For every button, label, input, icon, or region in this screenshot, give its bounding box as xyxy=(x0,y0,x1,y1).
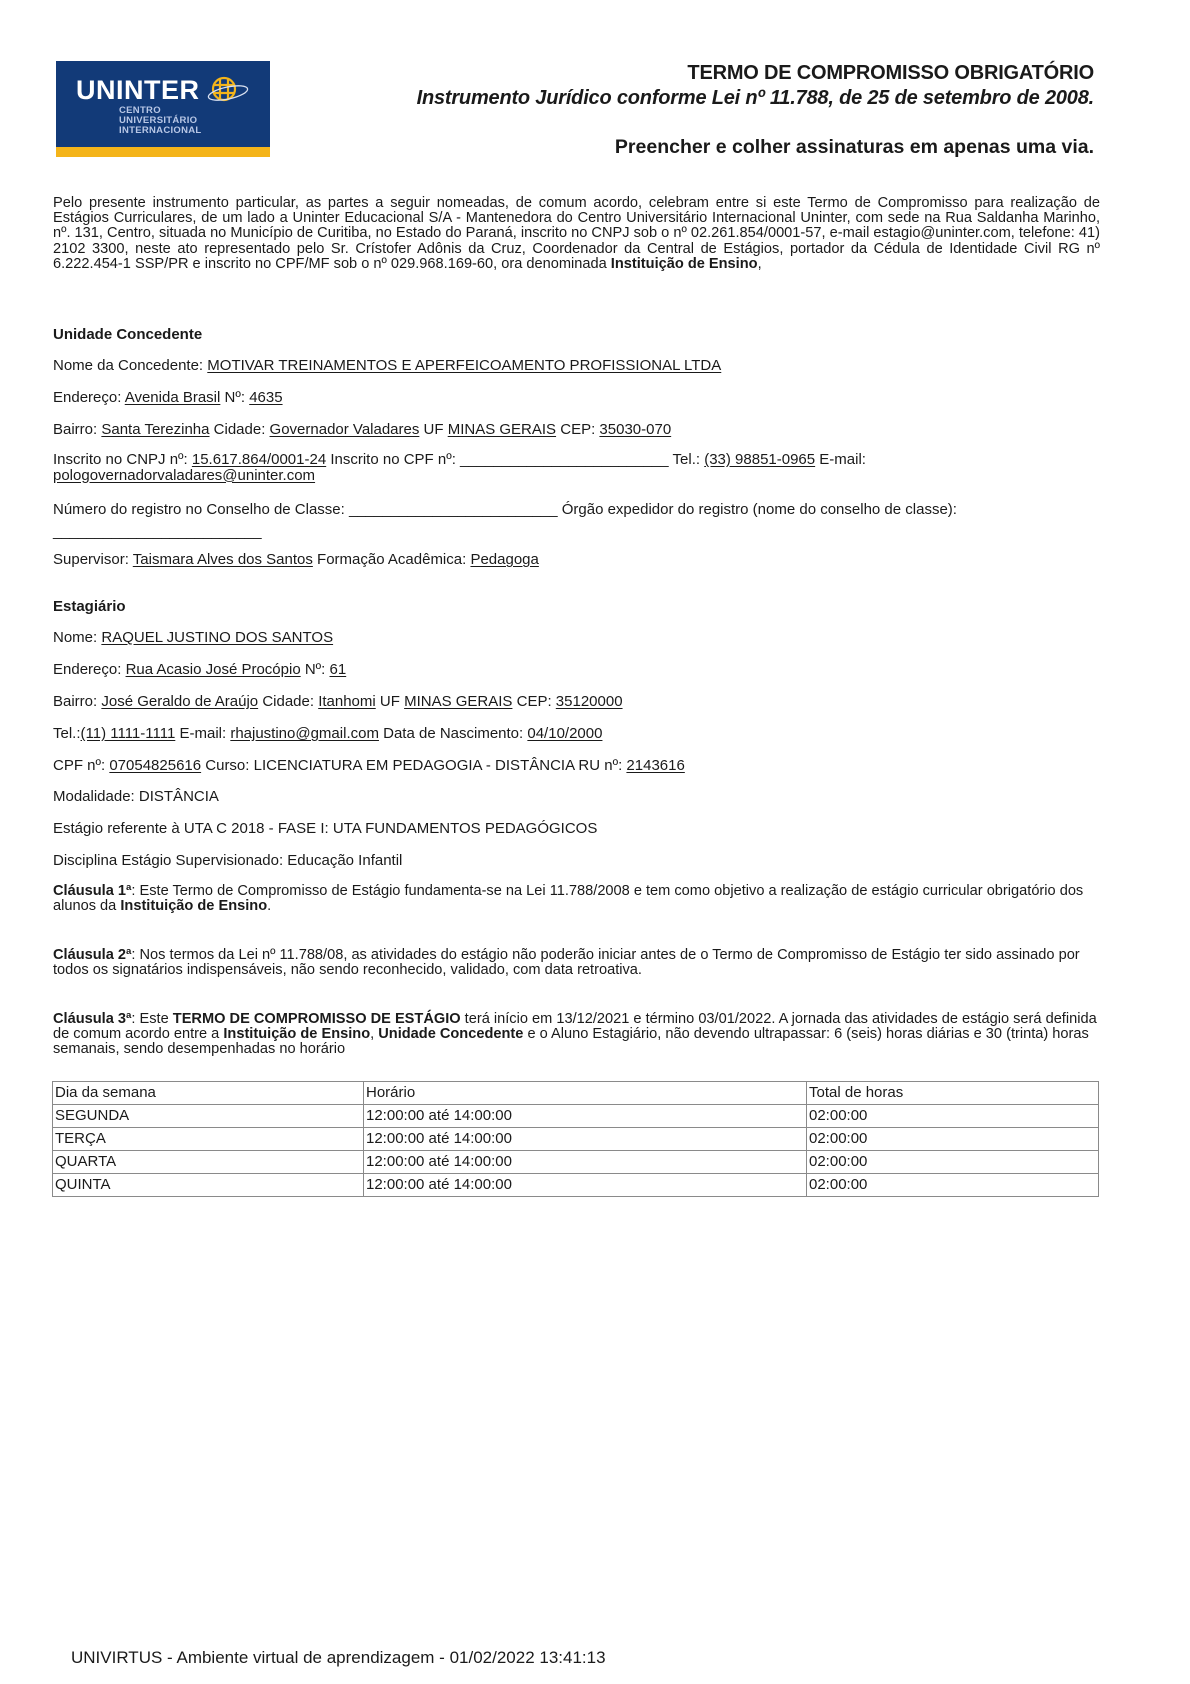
clause-bold: TERMO DE COMPROMISSO DE ESTÁGIO xyxy=(173,1011,461,1027)
field-label: Nº: xyxy=(225,389,245,406)
concedente-bairro-value: Santa Terezinha xyxy=(101,421,209,438)
estagiario-ru-value: 2143616 xyxy=(626,757,684,774)
logo-subtitle: CENTRO UNIVERSITÁRIO INTERNACIONAL xyxy=(119,106,202,136)
field-label: Inscrito no CNPJ nº: xyxy=(53,451,188,468)
table-cell-total: 02:00:00 xyxy=(807,1174,1099,1197)
document-note: Preencher e colher assinaturas em apenas… xyxy=(615,136,1094,159)
estagiario-cpf-line: CPF nº: 07054825616 Curso: LICENCIATURA … xyxy=(53,757,685,774)
concedente-bairro-line: Bairro: Santa Terezinha Cidade: Governad… xyxy=(53,421,671,438)
table-header-cell: Total de horas xyxy=(807,1082,1099,1105)
field-label: Curso: xyxy=(205,757,249,774)
table-row: TERÇA 12:00:00 até 14:00:00 02:00:00 xyxy=(53,1128,1099,1151)
table-header-row: Dia da semana Horário Total de horas xyxy=(53,1082,1099,1105)
concedente-email-value: pologovernadorvaladares@uninter.com xyxy=(53,467,315,484)
estagiario-modalidade: Modalidade: DISTÂNCIA xyxy=(53,788,219,805)
concedente-supervisor-line: Supervisor: Taismara Alves dos Santos Fo… xyxy=(53,551,539,568)
clause-bold: Unidade Concedente xyxy=(378,1026,523,1042)
field-label: Tel.: xyxy=(673,451,701,468)
field-label: Bairro: xyxy=(53,421,97,438)
estagiario-disciplina: Disciplina Estágio Supervisionado: Educa… xyxy=(53,852,402,869)
estagiario-uf-value: MINAS GERAIS xyxy=(404,693,512,710)
field-label: Supervisor: xyxy=(53,551,129,568)
field-label: Tel.: xyxy=(53,725,81,742)
field-label: E-mail: xyxy=(179,725,226,742)
clause-label: Cláusula 2ª xyxy=(53,947,131,963)
estagiario-endereco-line: Endereço: Rua Acasio José Procópio Nº: 6… xyxy=(53,661,346,678)
registro-blank: _________________________ xyxy=(349,501,558,518)
table-cell-total: 02:00:00 xyxy=(807,1105,1099,1128)
logo-sub-line: INTERNACIONAL xyxy=(119,126,202,136)
clause-text: : Este xyxy=(131,1011,172,1027)
table-row: QUARTA 12:00:00 até 14:00:00 02:00:00 xyxy=(53,1151,1099,1174)
concedente-cpf-blank: _________________________ xyxy=(460,451,669,468)
concedente-tel-value: (33) 98851-0965 xyxy=(704,451,815,468)
concedente-numero-value: 4635 xyxy=(249,389,282,406)
field-label: RU nº: xyxy=(578,757,622,774)
concedente-endereco-value: Avenida Brasil xyxy=(125,389,221,406)
field-label: Nome: xyxy=(53,629,97,646)
orgao-blank: _________________________ xyxy=(53,523,262,540)
field-label: Bairro: xyxy=(53,693,97,710)
field-label: Endereço: xyxy=(53,661,121,678)
field-label: Formação Acadêmica: xyxy=(317,551,466,568)
section-title-concedente: Unidade Concedente xyxy=(53,326,202,343)
field-label: Cidade: xyxy=(214,421,266,438)
concedente-nome-line: Nome da Concedente: MOTIVAR TREINAMENTOS… xyxy=(53,357,721,374)
field-label: Órgão expedidor do registro (nome do con… xyxy=(562,501,957,518)
field-label: UF xyxy=(380,693,400,710)
table-cell-total: 02:00:00 xyxy=(807,1128,1099,1151)
field-label: Data de Nascimento: xyxy=(383,725,523,742)
estagiario-contato-line: Tel.:(11) 1111-1111 E-mail: rhajustino@g… xyxy=(53,725,602,742)
table-cell-day: TERÇA xyxy=(53,1128,364,1151)
field-label: Nome da Concedente: xyxy=(53,357,203,374)
concedente-endereco-line: Endereço: Avenida Brasil Nº: 4635 xyxy=(53,389,283,406)
clause-1: Cláusula 1ª: Este Termo de Compromisso d… xyxy=(53,884,1100,914)
estagiario-uta: Estágio referente à UTA C 2018 - FASE I:… xyxy=(53,820,597,837)
table-row: SEGUNDA 12:00:00 até 14:00:00 02:00:00 xyxy=(53,1105,1099,1128)
estagiario-numero-value: 61 xyxy=(330,661,347,678)
estagiario-cpf-value: 07054825616 xyxy=(109,757,201,774)
estagiario-nascimento-value: 04/10/2000 xyxy=(527,725,602,742)
clause-text: : Nos termos da Lei nº 11.788/08, as ati… xyxy=(53,947,1080,978)
intro-bold: Instituição de Ensino xyxy=(611,256,758,272)
table-cell-time: 12:00:00 até 14:00:00 xyxy=(364,1128,807,1151)
estagiario-tel-value: (11) 1111-1111 xyxy=(81,725,176,742)
clause-2: Cláusula 2ª: Nos termos da Lei nº 11.788… xyxy=(53,948,1100,978)
estagiario-nome-value: RAQUEL JUSTINO DOS SANTOS xyxy=(101,629,333,646)
clause-3: Cláusula 3ª: Este TERMO DE COMPROMISSO D… xyxy=(53,1012,1100,1058)
estagiario-cidade-value: Itanhomi xyxy=(318,693,376,710)
table-cell-day: QUARTA xyxy=(53,1151,364,1174)
clause-label: Cláusula 1ª xyxy=(53,883,131,899)
schedule-table: Dia da semana Horário Total de horas SEG… xyxy=(52,1081,1099,1197)
concedente-registro-line: Número do registro no Conselho de Classe… xyxy=(53,499,1100,543)
uninter-logo: UNINTER CENTRO UNIVERSITÁRIO INTERNACION… xyxy=(56,61,270,157)
globe-icon xyxy=(204,73,250,109)
document-subtitle: Instrumento Jurídico conforme Lei nº 11.… xyxy=(417,87,1094,110)
table-row: QUINTA 12:00:00 até 14:00:00 02:00:00 xyxy=(53,1174,1099,1197)
estagiario-endereco-value: Rua Acasio José Procópio xyxy=(126,661,301,678)
section-title-estagiario: Estagiário xyxy=(53,598,126,615)
estagiario-bairro-line: Bairro: José Geraldo de Araújo Cidade: I… xyxy=(53,693,623,710)
table-cell-time: 12:00:00 até 14:00:00 xyxy=(364,1151,807,1174)
table-header-cell: Horário xyxy=(364,1082,807,1105)
clause-bold: Instituição de Ensino xyxy=(223,1026,370,1042)
estagiario-cep-value: 35120000 xyxy=(556,693,623,710)
field-label: CEP: xyxy=(560,421,595,438)
estagiario-bairro-value: José Geraldo de Araújo xyxy=(101,693,258,710)
table-header-cell: Dia da semana xyxy=(53,1082,364,1105)
logo-brand: UNINTER xyxy=(76,75,200,106)
clause-tail: . xyxy=(267,898,271,914)
field-label: Nº: xyxy=(305,661,325,678)
concedente-cep-value: 35030-070 xyxy=(599,421,671,438)
field-label: Inscrito no CPF nº: xyxy=(330,451,456,468)
table-cell-day: SEGUNDA xyxy=(53,1105,364,1128)
concedente-cidade-value: Governador Valadares xyxy=(270,421,420,438)
estagiario-email-value: rhajustino@gmail.com xyxy=(230,725,379,742)
concedente-nome-value: MOTIVAR TREINAMENTOS E APERFEICOAMENTO P… xyxy=(207,357,721,374)
table-cell-time: 12:00:00 até 14:00:00 xyxy=(364,1105,807,1128)
estagiario-curso-value: LICENCIATURA EM PEDAGOGIA - DISTÂNCIA xyxy=(254,757,575,774)
page-footer: UNIVIRTUS - Ambiente virtual de aprendiz… xyxy=(71,1648,606,1668)
field-label: Número do registro no Conselho de Classe… xyxy=(53,501,345,518)
table-cell-day: QUINTA xyxy=(53,1174,364,1197)
clause-bold: Instituição de Ensino xyxy=(120,898,267,914)
clause-label: Cláusula 3ª xyxy=(53,1011,131,1027)
field-label: Endereço: xyxy=(53,389,121,406)
intro-text: Pelo presente instrumento particular, as… xyxy=(53,195,1100,272)
logo-accent-bar xyxy=(56,147,270,157)
supervisor-value: Taismara Alves dos Santos xyxy=(133,551,313,568)
concedente-cnpj-line: Inscrito no CNPJ nº: 15.617.864/0001-24 … xyxy=(53,452,1100,483)
table-cell-time: 12:00:00 até 14:00:00 xyxy=(364,1174,807,1197)
intro-tail: , xyxy=(758,256,762,272)
intro-paragraph: Pelo presente instrumento particular, as… xyxy=(53,196,1100,272)
concedente-uf-value: MINAS GERAIS xyxy=(448,421,556,438)
field-label: E-mail: xyxy=(819,451,866,468)
field-label: Cidade: xyxy=(262,693,314,710)
formacao-value: Pedagoga xyxy=(470,551,538,568)
field-label: CEP: xyxy=(517,693,552,710)
estagiario-nome-line: Nome: RAQUEL JUSTINO DOS SANTOS xyxy=(53,629,333,646)
field-label: UF xyxy=(424,421,444,438)
field-label: CPF nº: xyxy=(53,757,105,774)
concedente-cnpj-value: 15.617.864/0001-24 xyxy=(192,451,326,468)
table-cell-total: 02:00:00 xyxy=(807,1151,1099,1174)
document-title: TERMO DE COMPROMISSO OBRIGATÓRIO xyxy=(687,62,1094,85)
